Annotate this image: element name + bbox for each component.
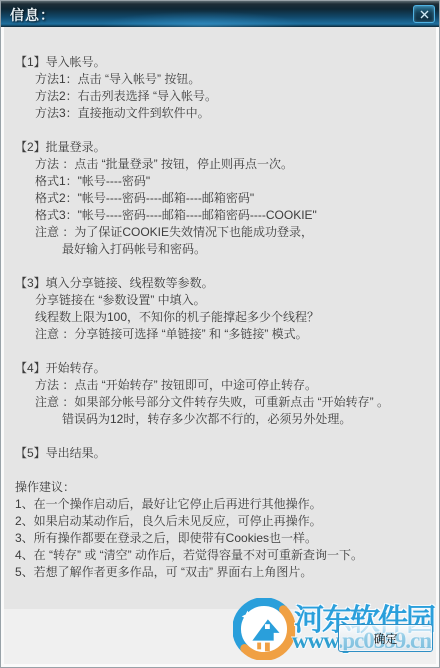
ok-button-label: 确定 [373,632,397,646]
text-line [15,343,432,360]
hedong-logo-icon [233,598,295,660]
close-button[interactable] [413,5,435,23]
text-line [15,428,432,445]
text-line: 5、若想了解作者更多作品，可 “双击” 界面右上角图片。 [15,564,432,581]
body-text: 【1】导入帐号。方法1：点击 “导入帐号” 按钮。方法2：右击列表选择 “导入帐… [4,27,436,581]
text-line: 【1】导入帐号。 [15,54,432,71]
dialog-content: 【1】导入帐号。方法1：点击 “导入帐号” 按钮。方法2：右击列表选择 “导入帐… [4,27,436,609]
text-line: 3、所有操作都要在登录之后，即使带有Cookies也一样。 [15,530,432,547]
text-line: 【2】批量登录。 [15,139,432,156]
ok-button[interactable]: 确定 [338,624,433,652]
text-line: 线程数上限为100，不知你的机子能撑起多少个线程？ [15,309,432,326]
text-line: 方法 ：点击 “开始转存” 按钮即可，中途可停止转存。 [15,377,432,394]
info-dialog: 信息： 【1】导入帐号。方法1：点击 “导入帐号” 按钮。方法2：右击列表选择 … [0,0,440,668]
text-line: 1、在一个操作启动后，最好让它停止后再进行其他操作。 [15,496,432,513]
text-line: 格式1："帐号----密码" [15,173,432,190]
text-line: 【4】开始转存。 [15,360,432,377]
text-line: 最好输入打码帐号和密码。 [15,241,432,258]
text-line [15,258,432,275]
text-line: 分享链接在 “参数设置” 中填入。 [15,292,432,309]
text-line: 方法1：点击 “导入帐号” 按钮。 [15,71,432,88]
text-line: 注意 ：如果部分帐号部分文件转存失败，可重新点击 “开始转存” 。 [15,394,432,411]
text-line: 格式2："帐号----密码----邮箱----邮箱密码" [15,190,432,207]
text-line: 操作建议： [15,479,432,496]
text-line [15,462,432,479]
text-line: 2、如果启动某动作后，良久后未见反应，可停止再操作。 [15,513,432,530]
text-line: 【3】填入分享链接、线程数等参数。 [15,275,432,292]
text-line: 错误码为12时，转存多少次都不行的，必须另外处理。 [15,411,432,428]
text-line: 注意 ：分享链接可选择 “单链接” 和 “多链接” 模式。 [15,326,432,343]
text-line: 方法 ：点击 “批量登录” 按钮，停止则再点一次。 [15,156,432,173]
text-line: 注意 ：为了保证COOKIE失效情况下也能成功登录， [15,224,432,241]
dialog-title: 信息： [10,5,55,25]
text-line [15,122,432,139]
text-line: 【5】导出结果。 [15,445,432,462]
text-line: 格式3："帐号----密码----邮箱----邮箱密码----COOKIE" [15,207,432,224]
text-line: 方法2：右击列表选择 “导入帐号。 [15,88,432,105]
close-icon [420,10,429,19]
text-line: 4、在 “转存” 或 “清空” 动作后，若觉得容量不对可重新查询一下。 [15,547,432,564]
titlebar[interactable]: 信息： [1,1,439,27]
text-line: 方法3：直接拖动文件到软件中。 [15,105,432,122]
